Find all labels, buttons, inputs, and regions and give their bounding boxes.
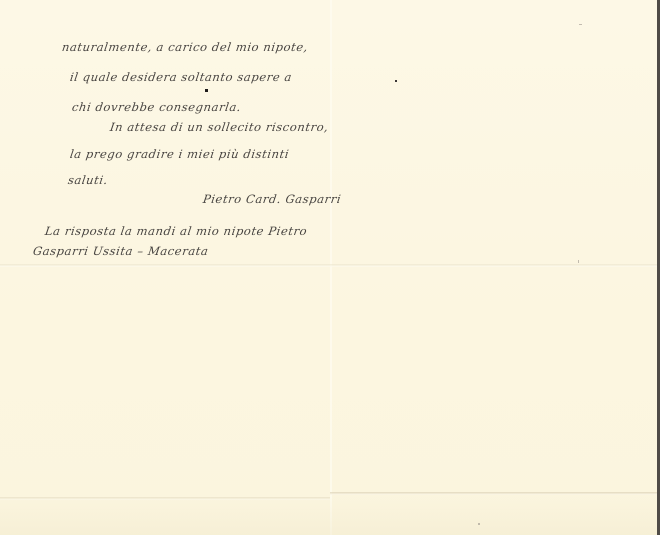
paper-speck [579,24,582,25]
body-line-1: naturalmente, a carico del mio nipote, [61,40,309,54]
body-line-5: la prego gradire i miei più distinti [69,147,290,161]
signature: Pietro Card. Gasparri [202,192,342,206]
body-line-4: In attesa di un sollecito riscontro, [109,120,330,134]
body-line-3: chi dovrebbe consegnarla. [71,100,242,114]
postscript-line-2: Gasparri Ussita – Macerata [32,244,209,258]
ink-mark [395,80,397,82]
body-line-6: saluti. [67,173,109,187]
letter-page: naturalmente, a carico del mio nipote, i… [0,0,660,535]
paper-speck [578,260,579,263]
letter-text: naturalmente, a carico del mio nipote, i… [0,0,657,535]
postscript-line-1: La risposta la mandi al mio nipote Pietr… [44,224,308,238]
paper-speck [478,523,480,525]
ink-dot [205,89,208,92]
body-line-2: il quale desidera soltanto sapere a [69,70,293,84]
